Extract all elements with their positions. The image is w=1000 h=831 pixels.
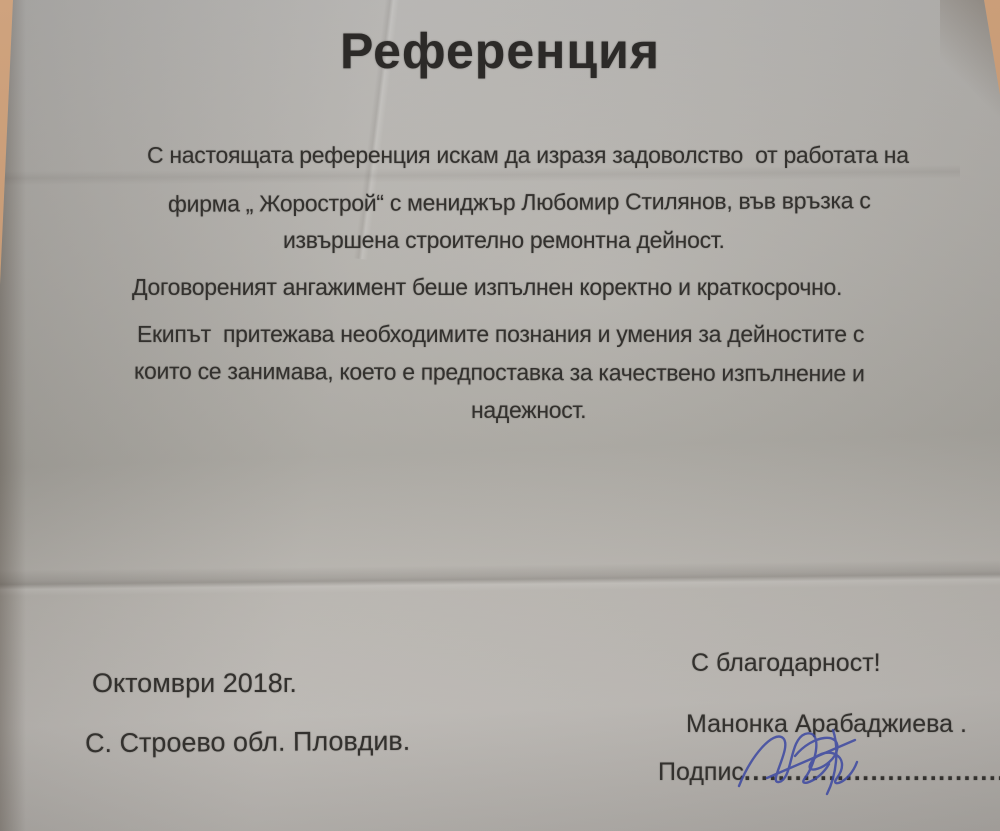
- paragraph-line: Договореният ангажимент беше изпълнен ко…: [132, 274, 842, 301]
- document-content: Референция С настоящата референция искам…: [0, 0, 1000, 831]
- paragraph-line: надежност.: [471, 397, 586, 424]
- paragraph-line: извършена строително ремонтна дейност.: [283, 227, 725, 254]
- paragraph-line: които се занимава, което е предпоставка …: [134, 358, 865, 388]
- photo-of-document: Референция С настоящата референция искам…: [0, 0, 1000, 831]
- signature-label: Подпис: [658, 758, 744, 786]
- closing-line: С благодарност!: [691, 649, 881, 678]
- paragraph-line: фирма „ Жорострой“ с мениджър Любомир Ст…: [168, 187, 871, 218]
- document-title: Референция: [0, 22, 1000, 80]
- paragraph-line: Екипът притежава необходимите познания и…: [137, 321, 864, 348]
- paper-sheet: Референция С настоящата референция искам…: [0, 0, 1000, 831]
- place-line: С. Строево обл. Пловдив.: [85, 726, 410, 759]
- date-line: Октомври 2018г.: [92, 668, 297, 699]
- paragraph-line: С настоящата референция искам да изразя …: [147, 142, 909, 169]
- signature-scribble: [733, 722, 883, 802]
